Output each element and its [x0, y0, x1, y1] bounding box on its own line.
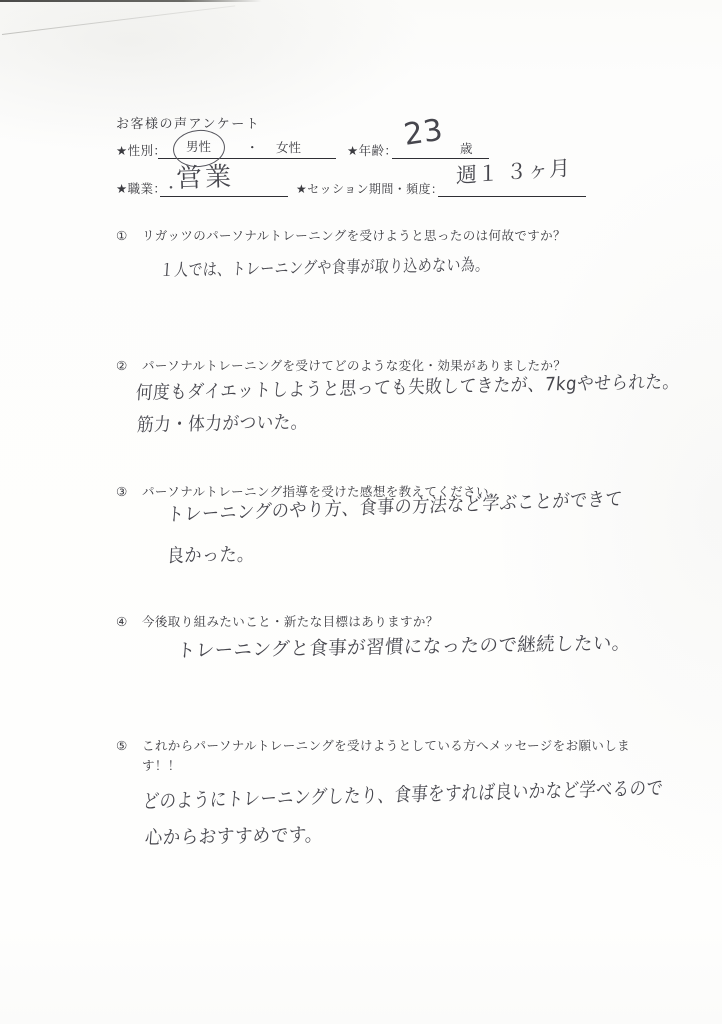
session-field: 週１ ３ヶ月 — [438, 172, 586, 197]
question-5-answer-line-1: どのようにトレーニングしたり、食事をすれば良いかなど学べるので — [142, 772, 665, 814]
question-3-answer-line-2: 良かった。 — [166, 539, 255, 568]
question-5-label: ⑤ これからパーソナルトレーニングを受けようとしている方へメッセージをお願いしま… — [116, 736, 634, 776]
scan-artifact-top-edge — [0, 0, 262, 2]
question-1-text: リガッツのパーソナルトレーニングを受けようと思ったのは何故ですか？ — [142, 226, 634, 246]
age-label: ★年齢： — [347, 141, 397, 159]
age-unit: 歳 — [460, 139, 473, 157]
question-4-answer-line-1: トレーニングと食事が習慣になったので継続したい。 — [176, 628, 632, 663]
gender-female-text: 女性 — [276, 138, 301, 156]
form-title: お客様の声アンケート — [116, 113, 260, 132]
question-5-text: これからパーソナルトレーニングを受けようとしている方へメッセージをお願いします！… — [142, 736, 634, 776]
question-1-number: ① — [116, 226, 133, 246]
gender-male-text: 男性 — [186, 140, 211, 154]
question-1-label: ① リガッツのパーソナルトレーニングを受けようと思ったのは何故ですか？ — [116, 226, 634, 246]
occupation-field: ・ 営業 — [160, 172, 288, 197]
question-2-number: ② — [116, 356, 133, 376]
gender-separator: ・ — [246, 138, 259, 156]
age-field: 23 歳 — [392, 134, 489, 159]
gender-field: 男性 ・ 女性 — [158, 134, 336, 159]
question-4-number: ④ — [116, 612, 133, 632]
age-value-handwritten: 23 — [402, 113, 446, 153]
occupation-label: ★職業： — [116, 179, 166, 197]
question-2-answer-line-2: 筋力・体力がついた。 — [136, 408, 308, 437]
question-5-answer-line-2: 心からおすすめです。 — [144, 820, 324, 850]
question-3-number: ③ — [116, 482, 133, 502]
question-5-number: ⑤ — [116, 736, 133, 756]
gender-option-male: 男性 — [186, 137, 211, 156]
scanned-survey-page: お客様の声アンケート ★性別： 男性 ・ 女性 ★年齢： 23 歳 ★職業： ・… — [0, 0, 722, 1024]
scan-artifact-crease — [2, 5, 235, 35]
occupation-value-handwritten: 営業 — [175, 156, 234, 195]
question-1-answer-line-1: １人では、トレーニングや食事が取り込めない為。 — [159, 250, 490, 281]
session-label: ★セッション期間・頻度： — [296, 180, 443, 197]
